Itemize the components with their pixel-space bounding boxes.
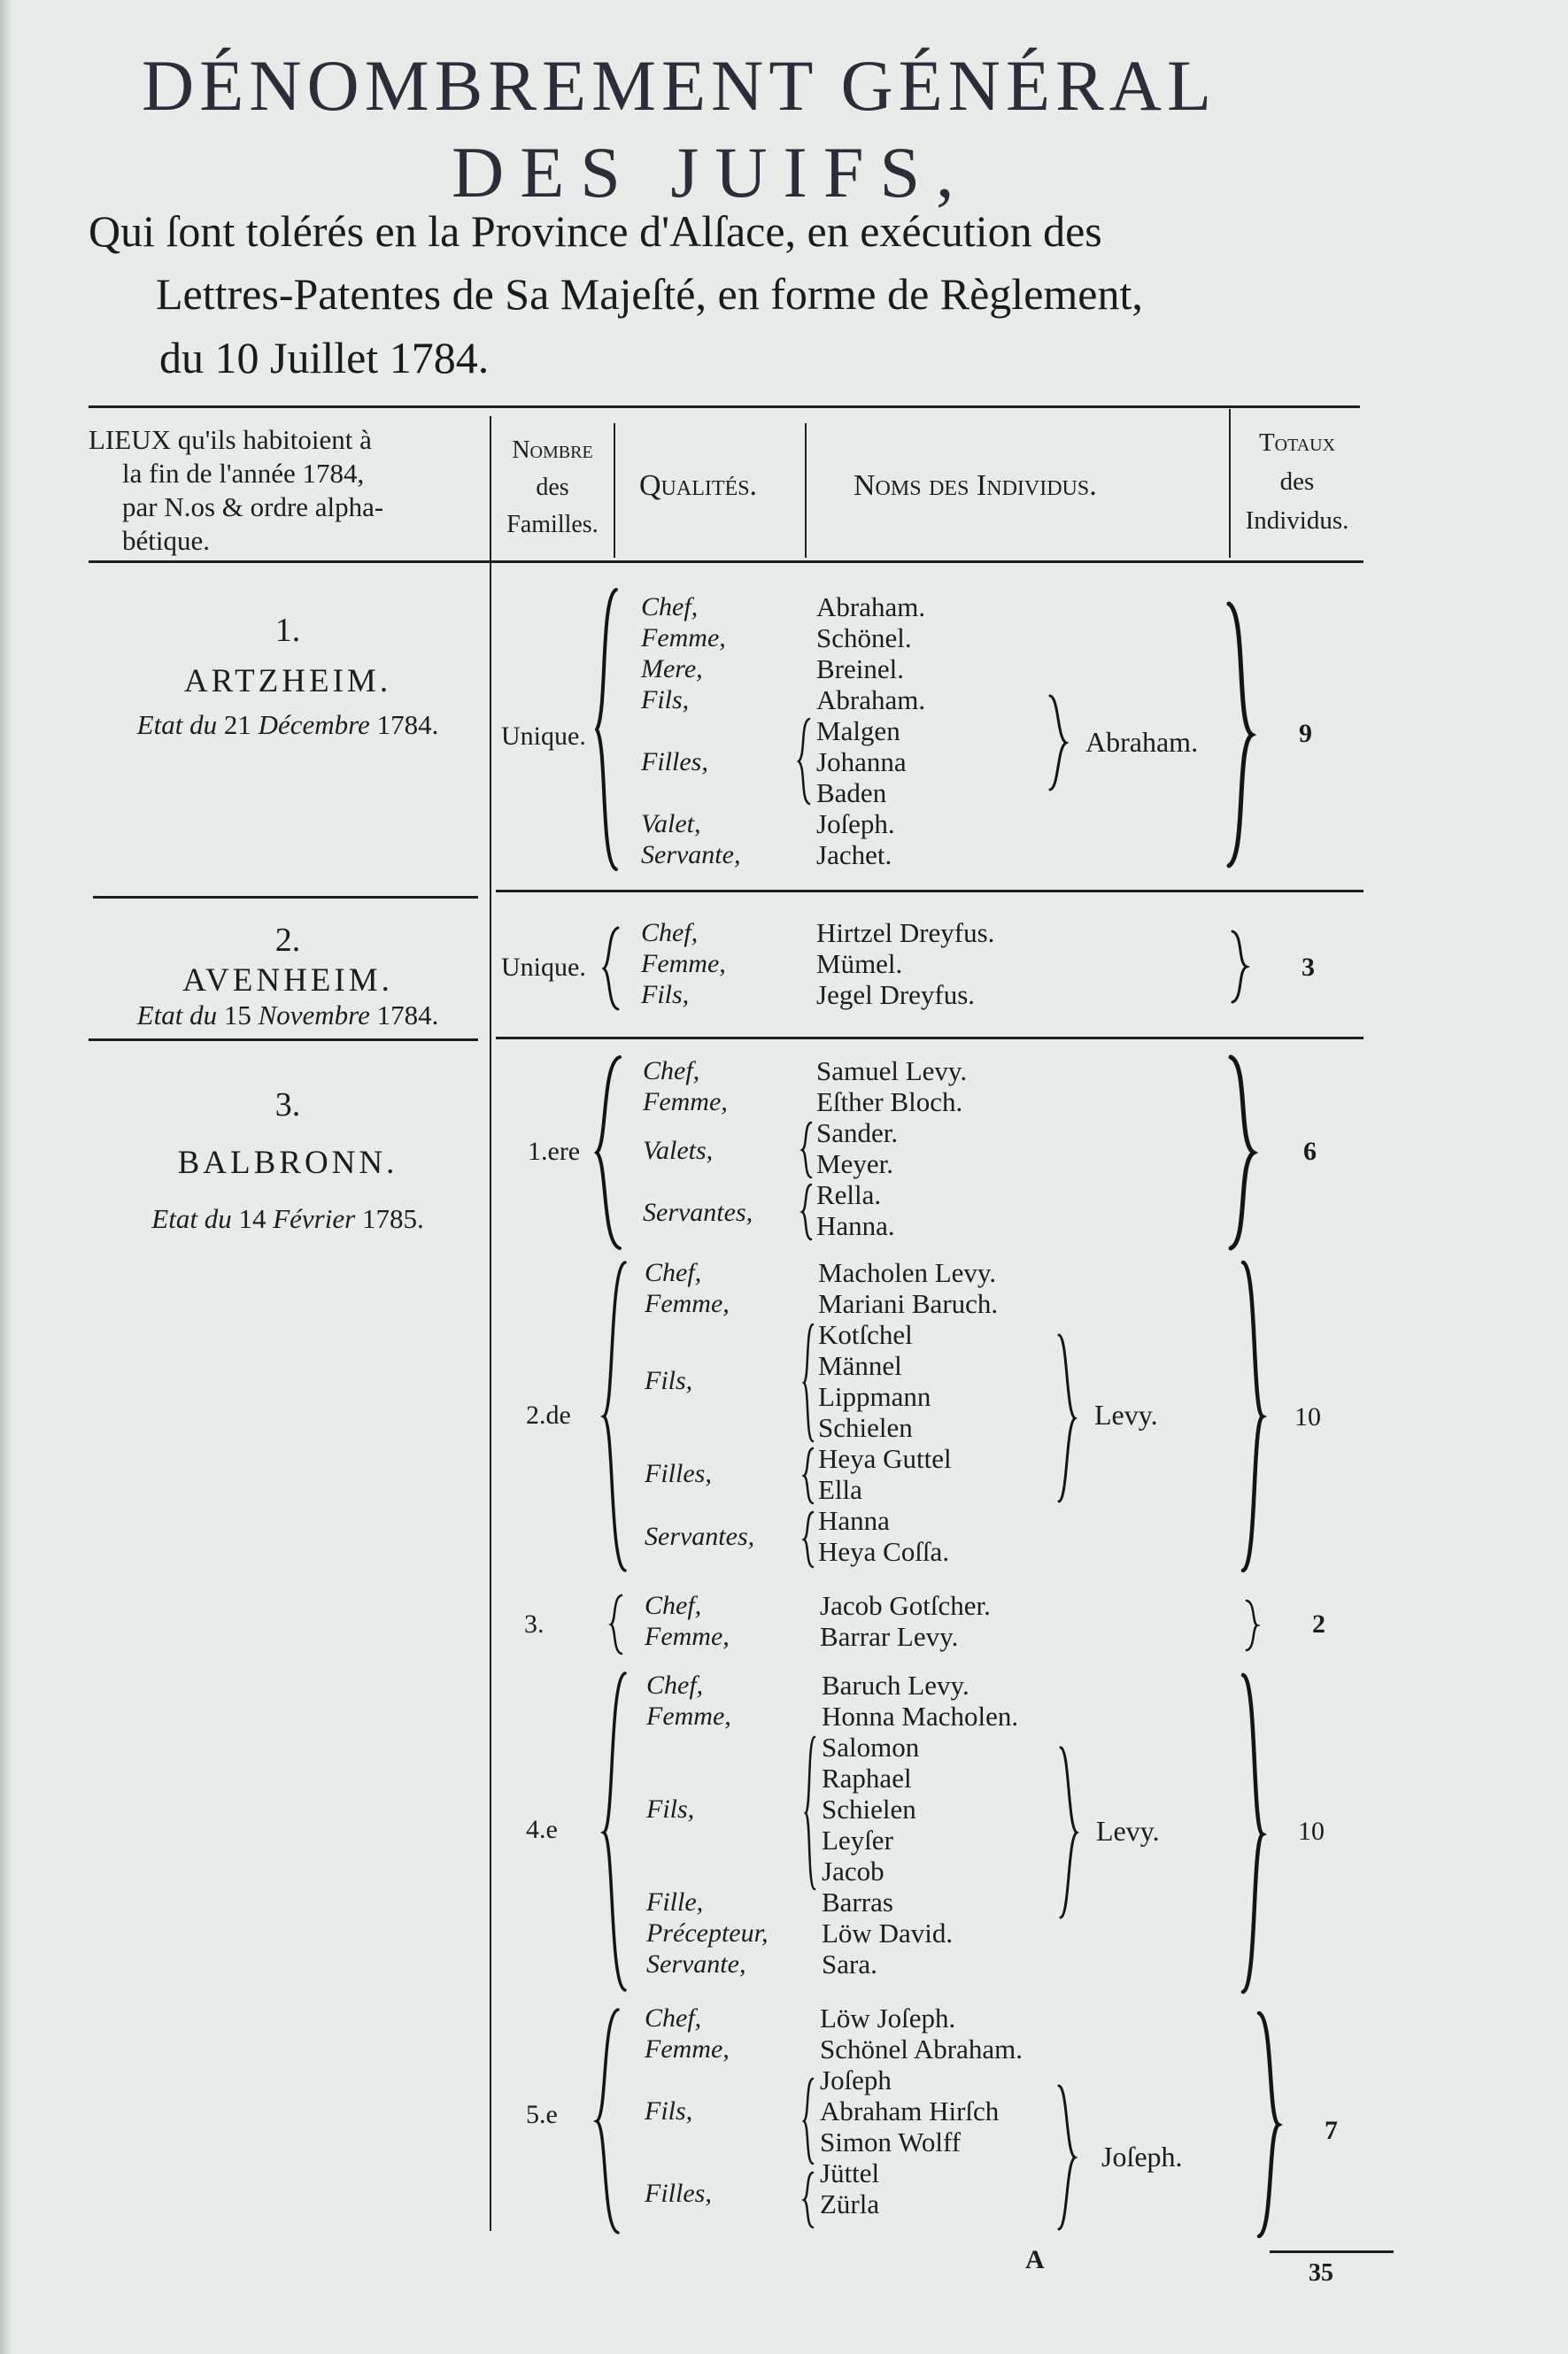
place-name: AVENHEIM. bbox=[89, 961, 487, 999]
small-brace-icon bbox=[804, 1735, 816, 1891]
total-brace-icon bbox=[1255, 2011, 1282, 2238]
place-1-heading: 1. ARTZHEIM. Etat du 21 Décembre 1784. bbox=[89, 611, 487, 741]
family-label: Unique. bbox=[501, 722, 586, 752]
names-list: Abraham. Schönel. Breinel. Abraham. Malg… bbox=[816, 591, 925, 870]
family-brace-icon bbox=[602, 1261, 629, 1572]
page-edge-shadow bbox=[0, 0, 12, 2354]
place-number: 2. bbox=[89, 921, 487, 960]
family-brace-icon bbox=[595, 1055, 623, 1250]
place-1-bottom-rule bbox=[93, 896, 478, 899]
family-brace-icon bbox=[609, 1594, 625, 1656]
family-label: 5.e bbox=[526, 2100, 558, 2130]
small-brace-icon bbox=[800, 1121, 813, 1179]
small-brace-icon bbox=[802, 1323, 815, 1443]
signature-mark: A bbox=[1025, 2245, 1045, 2275]
place-2-bottom-rule-right bbox=[496, 1037, 1363, 1039]
small-brace-icon bbox=[802, 1447, 815, 1505]
header-nombre-familles: Nombre des Familles. bbox=[492, 434, 613, 542]
surname-brace-icon bbox=[1059, 1746, 1080, 1919]
qualites-list: Chef, Femme, Valets, Servantes, bbox=[643, 1055, 753, 1228]
column-divider-lieux bbox=[490, 416, 491, 2231]
family-brace-icon bbox=[602, 926, 622, 1011]
subtitle-line-3: du 10 Juillet 1784. bbox=[159, 332, 489, 383]
subtitle-line-2: Lettres-Patentes de Sa Majeſté, en forme… bbox=[156, 268, 1143, 320]
place-number: 1. bbox=[89, 611, 487, 650]
names-list: Samuel Levy. Eſther Bloch. Sander. Meyer… bbox=[816, 1055, 967, 1241]
sum-rule bbox=[1270, 2250, 1394, 2253]
family-brace-icon bbox=[595, 2008, 622, 2234]
place-2-bottom-rule bbox=[89, 1038, 478, 1041]
surname: Levy. bbox=[1094, 1399, 1158, 1432]
family-total: 6 bbox=[1303, 1137, 1317, 1167]
qualites-list: Chef, Femme, Fils, Filles, bbox=[645, 2003, 730, 2209]
place-2-heading: 2. AVENHEIM. Etat du 15 Novembre 1784. bbox=[89, 921, 487, 1031]
column-divider-nombre bbox=[614, 423, 615, 558]
family-brace-icon bbox=[595, 588, 622, 871]
place-date: Etat du 14 Février 1785. bbox=[89, 1203, 487, 1235]
family-label: 4.e bbox=[526, 1815, 558, 1845]
family-total: 9 bbox=[1299, 719, 1312, 749]
column-divider-qualites bbox=[805, 423, 807, 558]
place-number: 3. bbox=[89, 1085, 487, 1124]
surname: Abraham. bbox=[1085, 726, 1198, 759]
qualites-list: Chef, Femme, Mere, Fils, Filles, Valet, … bbox=[641, 591, 740, 870]
surname-brace-icon bbox=[1057, 2084, 1078, 2231]
names-list: Löw Joſeph. Schönel Abraham. Joſeph Abra… bbox=[820, 2003, 1023, 2219]
total-brace-icon bbox=[1240, 1261, 1266, 1572]
title-line-2: DES JUIFS, bbox=[452, 131, 970, 214]
surname: Joſeph. bbox=[1101, 2141, 1183, 2173]
surname-brace-icon bbox=[1048, 694, 1070, 791]
place-name: ARTZHEIM. bbox=[89, 662, 487, 700]
small-brace-icon bbox=[802, 1510, 815, 1569]
family-brace-icon bbox=[602, 1671, 629, 1992]
place-3-heading: 3. BALBRONN. Etat du 14 Février 1785. bbox=[89, 1085, 487, 1235]
total-brace-icon bbox=[1227, 1055, 1257, 1250]
total-brace-icon bbox=[1240, 1673, 1266, 1994]
place-name: BALBRONN. bbox=[89, 1144, 487, 1182]
family-total: 7 bbox=[1325, 2116, 1338, 2146]
family-label: 2.de bbox=[526, 1401, 571, 1431]
family-label: 3. bbox=[524, 1609, 545, 1640]
small-brace-icon bbox=[797, 717, 811, 806]
header-noms-individus: Noms des Individus. bbox=[854, 469, 1097, 503]
surname-brace-icon bbox=[1057, 1333, 1078, 1503]
family-total: 10 bbox=[1294, 1402, 1321, 1432]
family-total: 2 bbox=[1312, 1609, 1325, 1640]
small-brace-icon bbox=[800, 1183, 813, 1241]
header-lieux: LIEUX qu'ils habitoient à la fin de l'an… bbox=[89, 423, 487, 558]
family-label: Unique. bbox=[501, 953, 586, 983]
place-date: Etat du 21 Décembre 1784. bbox=[89, 709, 487, 741]
header-totaux-individus: Totaux des Individus. bbox=[1231, 423, 1363, 540]
qualites-list: Chef, Femme, Fils, Fille, Précepteur, Se… bbox=[646, 1670, 768, 1980]
total-brace-icon bbox=[1245, 1599, 1261, 1652]
small-brace-icon bbox=[802, 2171, 815, 2229]
total-brace-icon bbox=[1225, 602, 1255, 868]
surname: Levy. bbox=[1096, 1815, 1160, 1848]
qualites-list: Chef, Femme, bbox=[645, 1590, 730, 1652]
family-total: 10 bbox=[1298, 1817, 1325, 1847]
names-list: Baruch Levy. Honna Macholen. Salomon Rap… bbox=[822, 1670, 1018, 1980]
header-qualites: Qualités. bbox=[639, 469, 757, 503]
title-line-1: DÉNOMBREMENT GÉNÉRAL bbox=[142, 44, 1217, 127]
table-top-rule bbox=[89, 405, 1360, 408]
subtitle-line-1: Qui ſont tolérés en la Province d'Alſace… bbox=[89, 205, 1102, 257]
qualites-list: Chef, Femme, Fils, Filles, Servantes, bbox=[645, 1257, 754, 1552]
names-list: Jacob Gotſcher. Barrar Levy. bbox=[820, 1590, 991, 1652]
names-list: Hirtzel Dreyfus. Mümel. Jegel Dreyfus. bbox=[816, 917, 994, 1010]
family-label: 1.ere bbox=[528, 1137, 580, 1167]
qualites-list: Chef, Femme, Fils, bbox=[641, 917, 726, 1010]
family-total: 3 bbox=[1302, 953, 1315, 983]
place-1-bottom-rule-right bbox=[496, 890, 1363, 892]
names-list: Macholen Levy. Mariani Baruch. Kotſchel … bbox=[818, 1257, 998, 1567]
header-bottom-rule bbox=[89, 560, 1363, 563]
total-brace-icon bbox=[1231, 930, 1250, 1004]
page-total: 35 bbox=[1309, 2259, 1333, 2288]
small-brace-icon bbox=[802, 2077, 815, 2165]
place-date: Etat du 15 Novembre 1784. bbox=[89, 999, 487, 1031]
